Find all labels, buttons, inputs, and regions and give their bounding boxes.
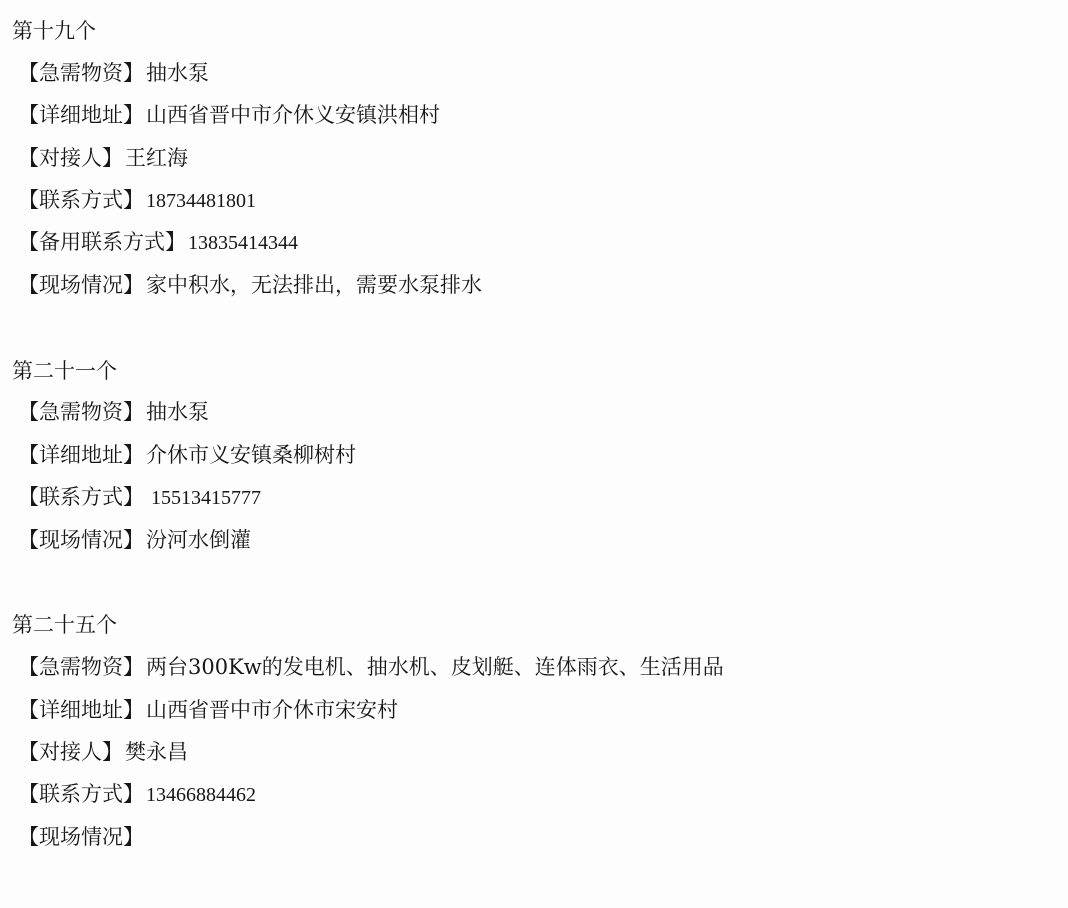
field-urgent-supplies: 【急需物资】两台300Kw的发电机、抽水机、皮划艇、连体雨衣、生活用品 (18, 652, 724, 682)
field-value: 介休市义安镇桑柳树村 (146, 443, 356, 467)
field-label: 【急需物资】 (18, 400, 144, 424)
field-value: 山西省晋中市介休市宋安村 (146, 698, 398, 722)
field-value: 抽水泵 (146, 400, 209, 424)
field-value: 王红海 (125, 146, 188, 170)
field-label: 【联系方式】 (18, 188, 144, 212)
field-label: 【详细地址】 (18, 443, 144, 467)
field-value: 樊永昌 (125, 740, 188, 764)
field-value: 18734481801 (146, 190, 256, 212)
field-site-situation: 【现场情况】 (18, 822, 146, 852)
field-value: 13466884462 (146, 784, 256, 806)
field-value: 抽水泵 (146, 61, 209, 85)
field-label: 【备用联系方式】 (18, 230, 186, 254)
field-value: 15513415777 (146, 487, 261, 509)
field-urgent-supplies: 【急需物资】抽水泵 (18, 58, 209, 88)
field-phone: 【联系方式】18734481801 (18, 185, 256, 215)
document-page: 第十九个 【急需物资】抽水泵 【详细地址】山西省晋中市介休义安镇洪相村 【对接人… (0, 0, 1068, 908)
field-label: 【急需物资】 (18, 61, 144, 85)
field-label: 【现场情况】 (18, 528, 144, 552)
field-label: 【联系方式】 (18, 485, 144, 509)
field-site-situation: 【现场情况】汾河水倒灌 (18, 525, 251, 555)
field-value: 两台300Kw的发电机、抽水机、皮划艇、连体雨衣、生活用品 (146, 655, 724, 679)
field-value: 山西省晋中市介休义安镇洪相村 (146, 103, 440, 127)
field-site-situation: 【现场情况】家中积水，无法排出，需要水泵排水 (18, 270, 482, 300)
field-label: 【现场情况】 (18, 273, 144, 297)
field-label: 【详细地址】 (18, 103, 144, 127)
field-contact-person: 【对接人】樊永昌 (18, 737, 188, 767)
field-address: 【详细地址】介休市义安镇桑柳树村 (18, 440, 356, 470)
section-heading: 第二十五个 (12, 610, 117, 640)
field-backup-phone: 【备用联系方式】13835414344 (18, 227, 298, 257)
field-value: 汾河水倒灌 (146, 528, 251, 552)
field-phone: 【联系方式】13466884462 (18, 779, 256, 809)
field-address: 【详细地址】山西省晋中市介休市宋安村 (18, 695, 398, 725)
field-address: 【详细地址】山西省晋中市介休义安镇洪相村 (18, 100, 440, 130)
field-value: 家中积水，无法排出，需要水泵排水 (146, 273, 482, 297)
field-label: 【急需物资】 (18, 655, 144, 679)
section-heading: 第二十一个 (12, 356, 117, 386)
field-value: 13835414344 (188, 232, 298, 254)
section-heading: 第十九个 (12, 16, 96, 46)
field-phone: 【联系方式】 15513415777 (18, 482, 261, 512)
field-label: 【对接人】 (18, 146, 123, 170)
field-urgent-supplies: 【急需物资】抽水泵 (18, 397, 209, 427)
field-label: 【详细地址】 (18, 698, 144, 722)
field-label: 【联系方式】 (18, 782, 144, 806)
field-label: 【现场情况】 (18, 825, 144, 849)
field-contact-person: 【对接人】王红海 (18, 143, 188, 173)
field-label: 【对接人】 (18, 740, 123, 764)
